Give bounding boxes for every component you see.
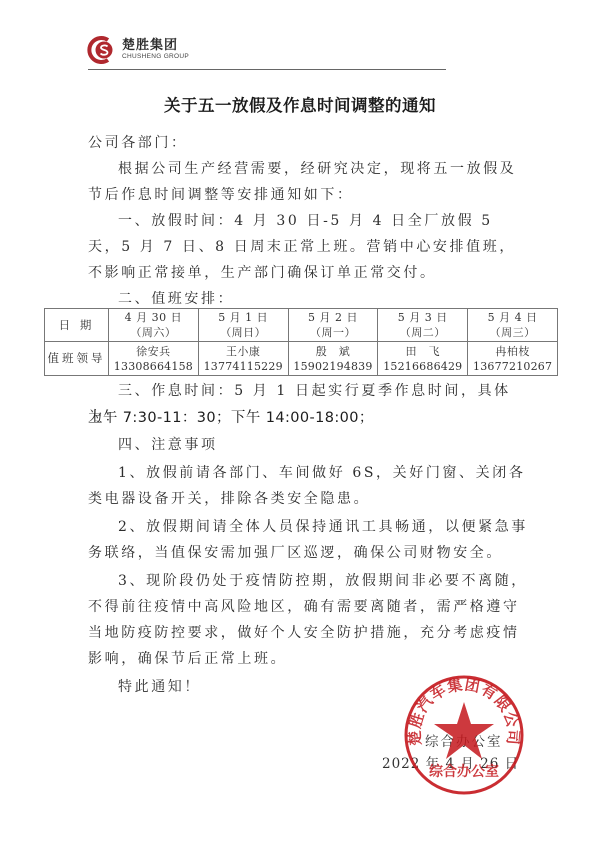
schedule-times: 上午 7:30-11：30；下午 14:00-18:00； [88, 405, 528, 431]
notes-heading: 四、注意事项 [88, 432, 528, 458]
leader-phone: 13308664158 [109, 359, 198, 374]
weekday-label: （周日） [199, 325, 288, 340]
chusheng-logo-icon [86, 35, 116, 65]
company-name-en: CHUSHENG GROUP [122, 54, 189, 61]
row-header-leader: 值班领导 [45, 342, 109, 376]
svg-text:综合办公室: 综合办公室 [429, 763, 499, 780]
leader-name: 徐安兵 [109, 344, 198, 359]
table-cell-leader: 王小康 13774115229 [198, 342, 288, 376]
table-cell-leader: 殷 斌 15902194839 [288, 342, 378, 376]
date-label: 5 月 4 日 [468, 310, 557, 325]
company-name-cn: 楚胜集团 [122, 39, 189, 52]
date-label: 5 月 1 日 [199, 310, 288, 325]
leader-phone: 13677210267 [468, 359, 557, 374]
leader-phone: 13774115229 [199, 359, 288, 374]
row-header-date: 日 期 [45, 309, 109, 342]
leader-name: 冉柏枝 [468, 344, 557, 359]
table-row-dates: 日 期 4 月 30 日 （周六） 5 月 1 日 （周日） 5 月 2 日 （… [45, 309, 558, 342]
note-item-2: 2、放假期间请全体人员保持通讯工具畅通，以便紧急事务联络，当值保安需加强厂区巡逻… [88, 514, 528, 566]
leader-name: 王小康 [199, 344, 288, 359]
table-cell-leader: 冉柏枝 13677210267 [468, 342, 558, 376]
table-cell-leader: 田 飞 15216686429 [378, 342, 468, 376]
header-divider [88, 69, 446, 70]
holiday-paragraph: 一、放假时间：4 月 30 日-5 月 4 日全厂放假 5 天，5 月 7 日、… [88, 208, 528, 286]
letterhead: 楚胜集团 CHUSHENG GROUP [86, 34, 189, 66]
leader-name: 殷 斌 [289, 344, 378, 359]
leader-phone: 15902194839 [289, 359, 378, 374]
salutation: 公司各部门： [88, 130, 528, 156]
table-cell-date: 4 月 30 日 （周六） [109, 309, 199, 342]
leader-phone: 15216686429 [378, 359, 467, 374]
note-item-3: 3、现阶段仍处于疫情防控期，放假期间非必要不离随，不得前往疫情中高风险地区，确有… [88, 568, 528, 672]
duty-schedule-table: 日 期 4 月 30 日 （周六） 5 月 1 日 （周日） 5 月 2 日 （… [44, 308, 558, 376]
intro-paragraph: 根据公司生产经营需要，经研究决定，现将五一放假及节后作息时间调整等安排通知如下： [88, 156, 528, 208]
weekday-label: （周三） [468, 325, 557, 340]
weekday-label: （周一） [289, 325, 378, 340]
date-label: 4 月 30 日 [109, 310, 198, 325]
table-cell-date: 5 月 3 日 （周二） [378, 309, 468, 342]
weekday-label: （周六） [109, 325, 198, 340]
date-label: 5 月 2 日 [289, 310, 378, 325]
weekday-label: （周二） [378, 325, 467, 340]
table-row-leaders: 值班领导 徐安兵 13308664158 王小康 13774115229 殷 斌… [45, 342, 558, 376]
document-title: 关于五一放假及作息时间调整的通知 [0, 92, 600, 116]
table-cell-date: 5 月 1 日 （周日） [198, 309, 288, 342]
table-cell-leader: 徐安兵 13308664158 [109, 342, 199, 376]
company-seal-icon: 楚胜汽车集团有限公司 综合办公室 [401, 672, 527, 798]
note-item-1: 1、放假前请各部门、车间做好 6S，关好门窗、关闭各类电器设备开关，排除各类安全… [88, 460, 528, 512]
date-label: 5 月 3 日 [378, 310, 467, 325]
table-cell-date: 5 月 2 日 （周一） [288, 309, 378, 342]
leader-name: 田 飞 [378, 344, 467, 359]
table-cell-date: 5 月 4 日 （周三） [468, 309, 558, 342]
